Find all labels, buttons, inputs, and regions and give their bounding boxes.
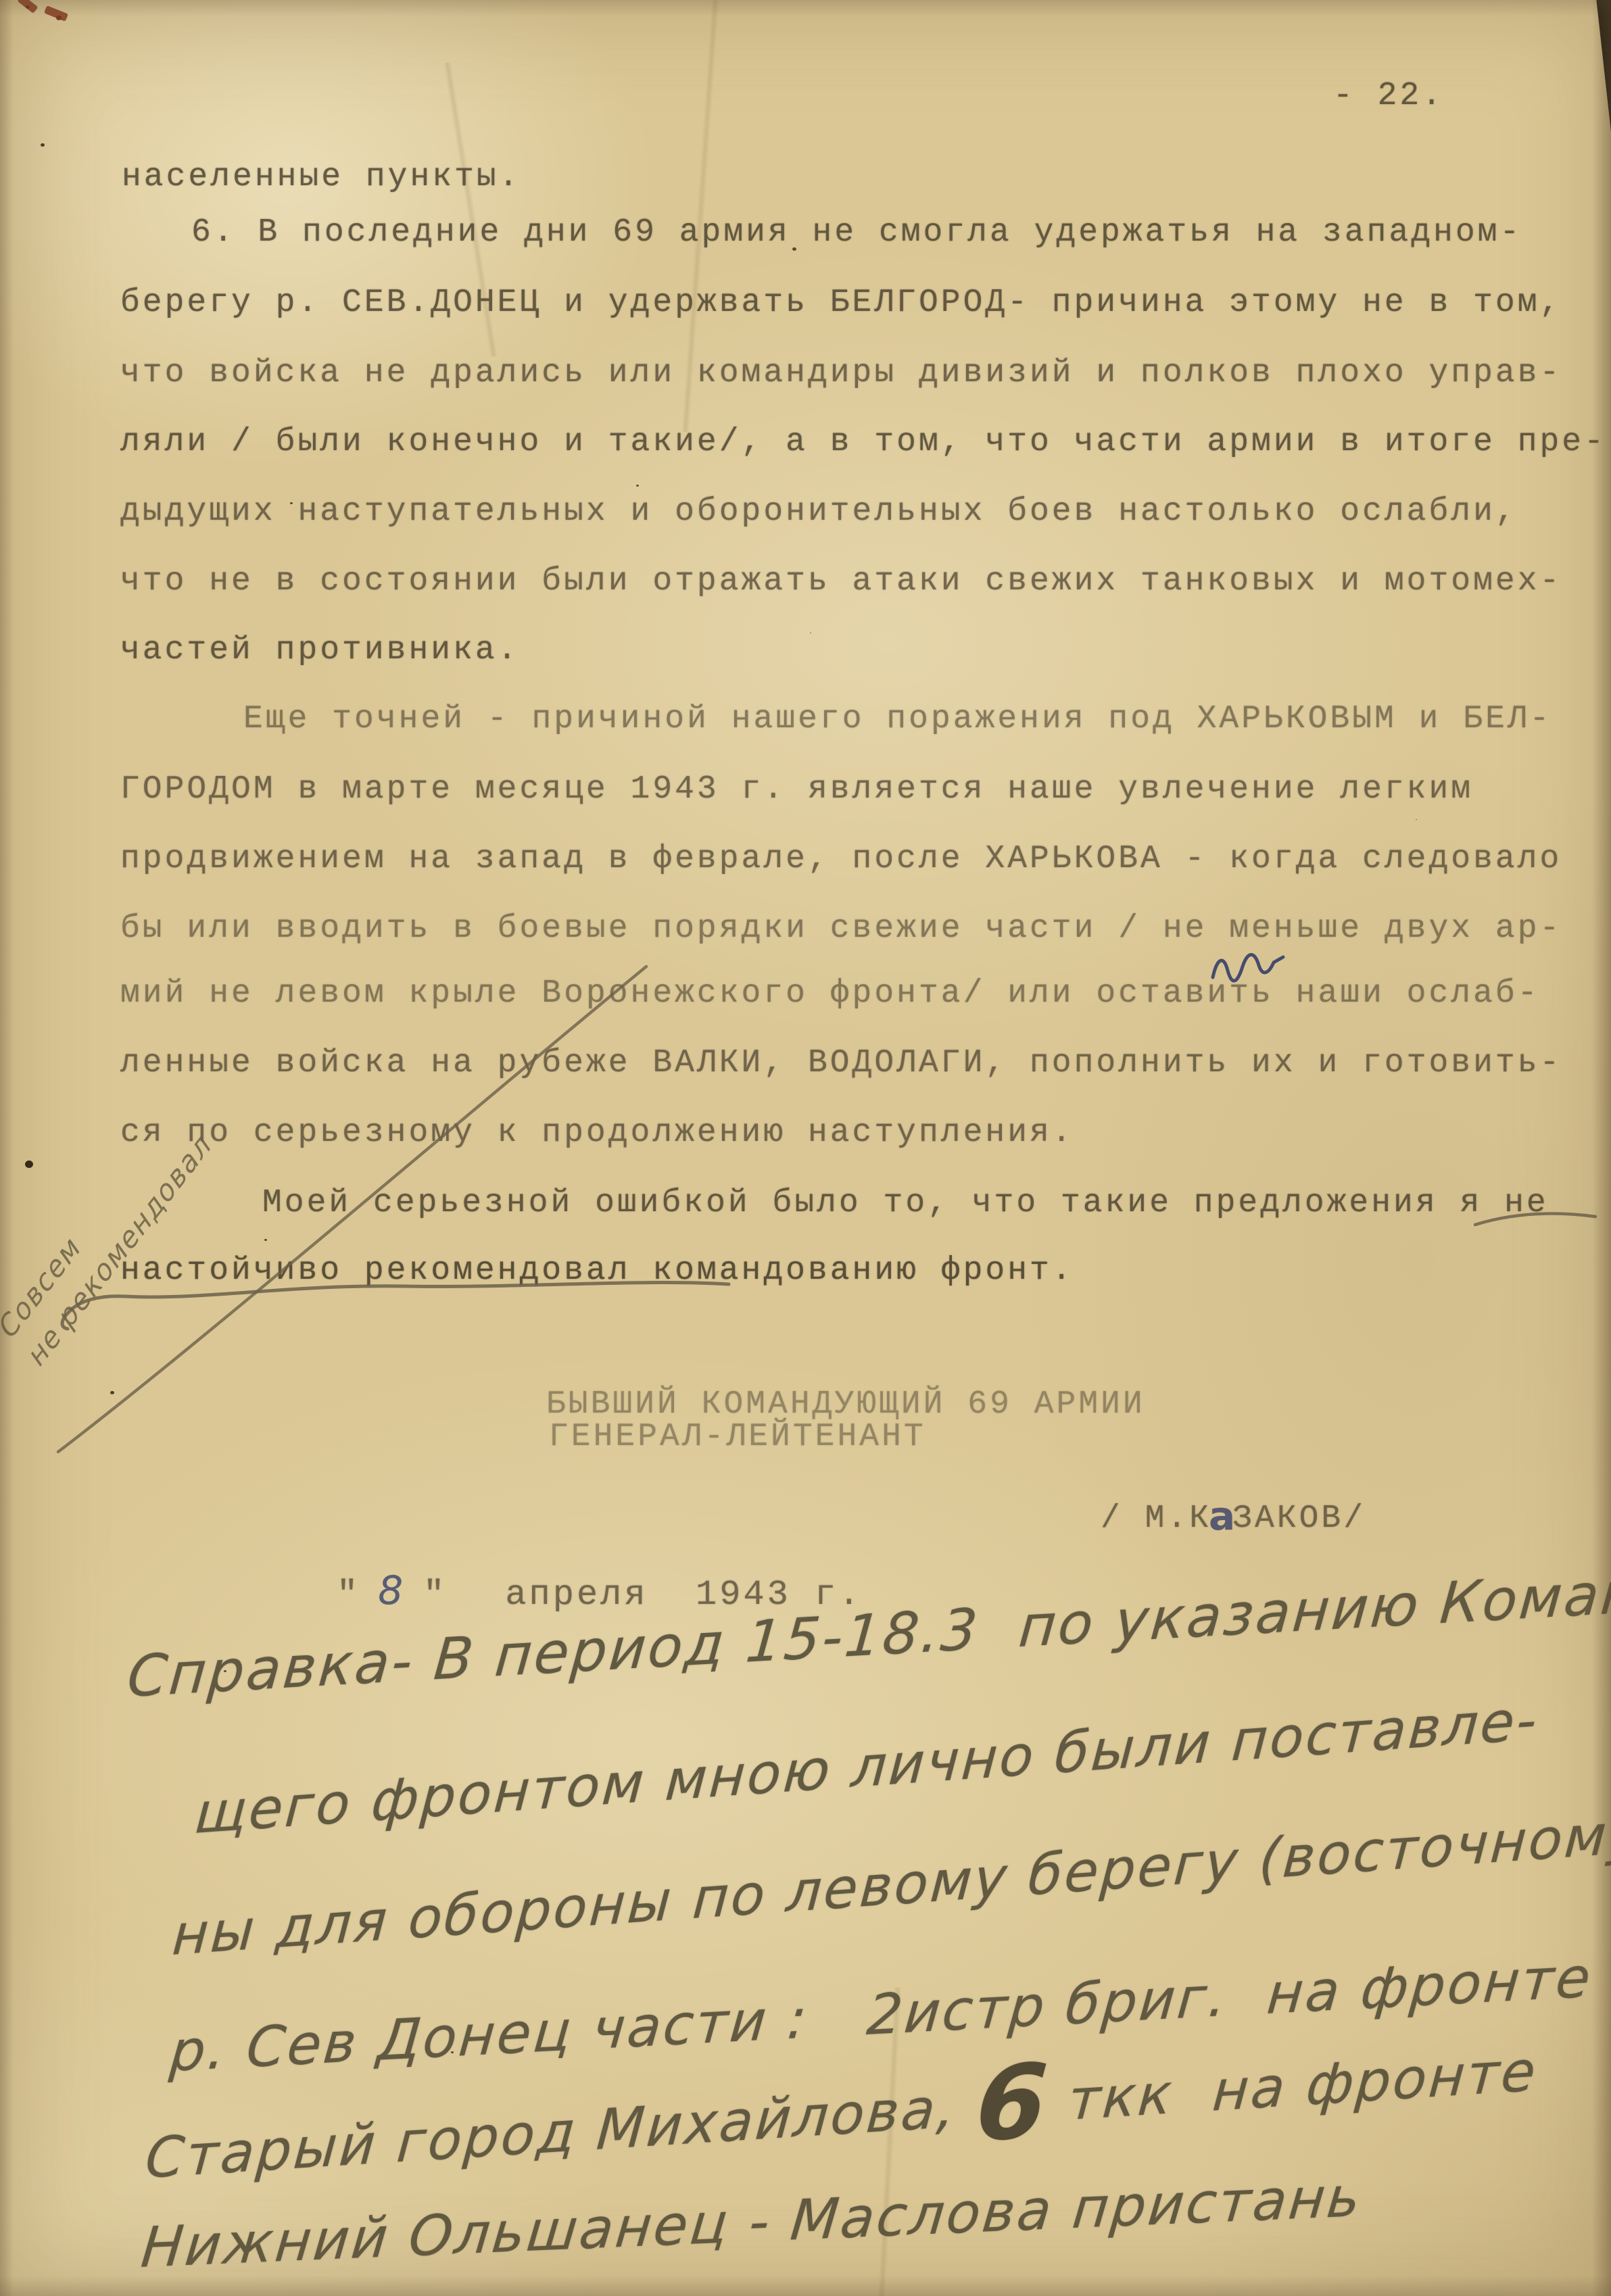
typed-line-p7-7: ся по серьезному к продолжению наступлен… [120,1117,1074,1149]
hw-line5-big-numeral: 6 [972,2042,1054,2165]
typed-line-p6-6: что не в состоянии были отражать атаки с… [120,565,1562,597]
typed-line-p7-6: ленные войска на рубеже ВАЛКИ, ВОДОЛАГИ,… [120,1047,1562,1079]
signature-rank-line: ГЕНЕРАЛ-ЛЕЙТЕНАНТ [549,1421,926,1453]
typed-line-p6-1: 6. В последние дни 69 армия не смогла уд… [191,216,1522,249]
typed-line-p7-5: мий не левом крыле Воронежского фронта/ … [120,977,1540,1010]
typed-line-p6-4: ляли / были конечно и такие/, а в том, ч… [120,426,1606,458]
typed-line-p6-3: что войска не дрались или командиры диви… [120,357,1562,389]
typed-line-p7-4: бы или вводить в боевые порядки свежие ч… [120,912,1562,945]
typed-line-intro: населенные пункты. [122,161,521,193]
hw-line5-pre: Старый город Михайлова, [143,2074,979,2191]
typed-line-p6-5: дыдущих наступательных и оборонительных … [120,495,1518,528]
typed-line-p7-3: продвижением на запад в феврале, после Х… [120,843,1562,875]
signature-name-post: ЗАКОВ/ [1232,1500,1366,1537]
date-quote-open: " [337,1575,360,1615]
date-quote-close: " [423,1575,447,1615]
signature-unit-line: БЫВШИЙ КОМАНДУЮЩИЙ 69 АРМИИ [546,1388,1145,1421]
typed-line-p6-2: берегу р. СЕВ.ДОНЕЦ и удержвать БЕЛГОРОД… [120,287,1562,319]
red-corner-mark [44,5,68,22]
document-page: - 22. населенные пункты. 6. В последние … [0,0,1611,2296]
typed-line-p7-1: Еще точней - причиной нашего поражения п… [243,703,1552,735]
handwritten-note-line-6: Нижний Ольшанец - Маслова пристань [139,2167,1365,2279]
name-correction-overwrite: а [1209,1493,1238,1539]
hw-line5-post: ткк на фронте [1047,2039,1540,2134]
underlined-phrase: я не [1460,1185,1548,1221]
signature-name-pre: / М.К [1101,1500,1211,1537]
wavy-underline [62,1282,729,1329]
typed-line-mistake: Моей серьезной ошибкой было то, что таки… [262,1187,1549,1219]
signature-name: / М.КаЗАКОВ/ [1101,1494,1366,1535]
mistake-text: Моей серьезной ошибкой было то, что таки… [262,1185,1460,1221]
typed-line-p7-2: ГОРОДОМ в марте месяце 1943 г. является … [120,773,1473,806]
margin-note-handwritten: Совсемне рекомендовал [0,1097,221,1375]
red-corner-mark [17,0,38,14]
typed-line-recommend: настойчиво рекомендовал командованию фро… [120,1254,1074,1287]
typed-line-p6-7: частей противника. [120,634,519,666]
scan-corner-shadow [1579,0,1611,132]
date-day-handwritten: 8 [378,1567,406,1613]
page-number: - 22. [1333,80,1444,112]
